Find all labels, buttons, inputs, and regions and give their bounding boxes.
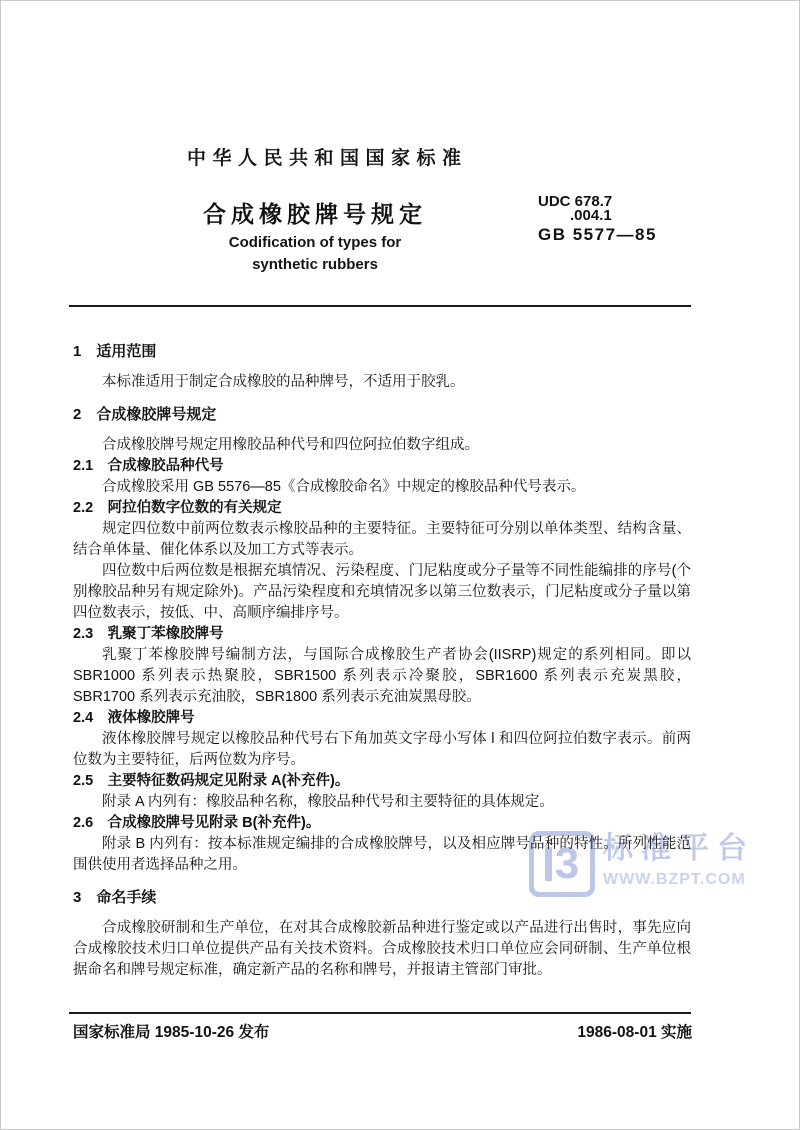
section-heading-1: 1 适用范围 bbox=[73, 341, 691, 362]
header-divider-line bbox=[69, 305, 691, 307]
paragraph: 附录 A 内列有：橡胶品种名称，橡胶品种代号和主要特征的具体规定。 bbox=[73, 792, 691, 813]
paragraph: 乳聚丁苯橡胶牌号编制方法，与国际合成橡胶生产者协会(IISRP)规定的系列相同。… bbox=[73, 645, 691, 708]
section-heading-3: 3 命名手续 bbox=[73, 887, 691, 908]
udc-number-continued: .004.1 bbox=[538, 209, 657, 223]
subsection-heading-2-4: 2.4 液体橡胶牌号 bbox=[73, 708, 691, 729]
section-heading-2: 2 合成橡胶牌号规定 bbox=[73, 404, 691, 425]
subsection-heading-2-5: 2.5 主要特征数码规定见附录 A(补充件)。 bbox=[73, 771, 691, 792]
subsection-heading-2-3: 2.3 乳聚丁苯橡胶牌号 bbox=[73, 624, 691, 645]
classification-block: UDC 678.7 .004.1 GB 5577—85 bbox=[538, 194, 657, 243]
english-subtitle-line2: synthetic rubbers bbox=[183, 254, 447, 276]
paragraph: 四位数中后两位数是根据充填情况、污染程度、门尼粘度或分子量等不同性能编排的序号(… bbox=[73, 561, 691, 624]
issued-date-text: 国家标准局 1985-10-26 发布 bbox=[73, 1020, 269, 1042]
subsection-heading-2-1: 2.1 合成橡胶品种代号 bbox=[73, 456, 691, 477]
paragraph: 合成橡胶研制和生产单位，在对其合成橡胶新品种进行鉴定或以产品进行出售时，事先应向… bbox=[73, 918, 691, 981]
subsection-heading-2-2: 2.2 阿拉伯数字位数的有关规定 bbox=[73, 498, 691, 519]
paragraph: 合成橡胶牌号规定用橡胶品种代号和四位阿拉伯数字组成。 bbox=[73, 435, 691, 456]
subsection-heading-2-6: 2.6 合成橡胶牌号见附录 B(补充件)。 bbox=[73, 813, 691, 834]
footer-divider-line bbox=[69, 1012, 691, 1014]
national-standard-label: 中华人民共和国国家标准 bbox=[187, 143, 468, 170]
paragraph: 规定四位数中前两位数表示橡胶品种的主要特征。主要特征可分别以单体类型、结构含量、… bbox=[73, 519, 691, 561]
paragraph: 液体橡胶牌号规定以橡胶品种代号右下角加英文字母小写体 l 和四位阿拉伯数字表示。… bbox=[73, 729, 691, 771]
standard-document-page: 中华人民共和国国家标准 合成橡胶牌号规定 Codification of typ… bbox=[0, 0, 800, 1130]
paragraph: 本标准适用于制定合成橡胶的品种牌号，不适用于胶乳。 bbox=[73, 372, 691, 393]
document-title: 合成橡胶牌号规定 bbox=[203, 196, 427, 229]
english-subtitle-line1: Codification of types for bbox=[183, 232, 447, 254]
paragraph: 合成橡胶采用 GB 5576—85《合成橡胶命名》中规定的橡胶品种代号表示。 bbox=[73, 477, 691, 498]
paragraph: 附录 B 内列有：按本标准规定编排的合成橡胶牌号，以及相应牌号品种的特性。所列性… bbox=[73, 834, 691, 876]
english-subtitle: Codification of types for synthetic rubb… bbox=[183, 232, 447, 276]
document-body: 1 适用范围 本标准适用于制定合成橡胶的品种牌号，不适用于胶乳。 2 合成橡胶牌… bbox=[73, 330, 691, 981]
implementation-date-text: 1986-08-01 实施 bbox=[577, 1020, 692, 1042]
standard-code: GB 5577—85 bbox=[538, 226, 657, 243]
